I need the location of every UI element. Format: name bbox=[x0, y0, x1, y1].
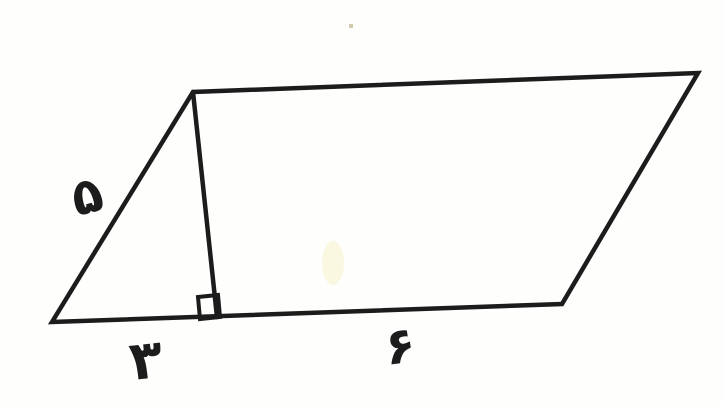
scan-speck bbox=[349, 24, 353, 28]
label-base-left-3: ۳ bbox=[126, 327, 165, 393]
parallelogram-figure: ۵ ۳ ۶ bbox=[0, 0, 724, 405]
parallelogram-outline bbox=[52, 73, 698, 322]
label-base-right-6: ۶ bbox=[381, 315, 419, 377]
scan-smudge bbox=[322, 241, 344, 285]
height-line bbox=[193, 92, 217, 317]
scanned-diagram-page: ۵ ۳ ۶ bbox=[0, 0, 724, 405]
label-slant-side-5: ۵ bbox=[65, 164, 110, 228]
